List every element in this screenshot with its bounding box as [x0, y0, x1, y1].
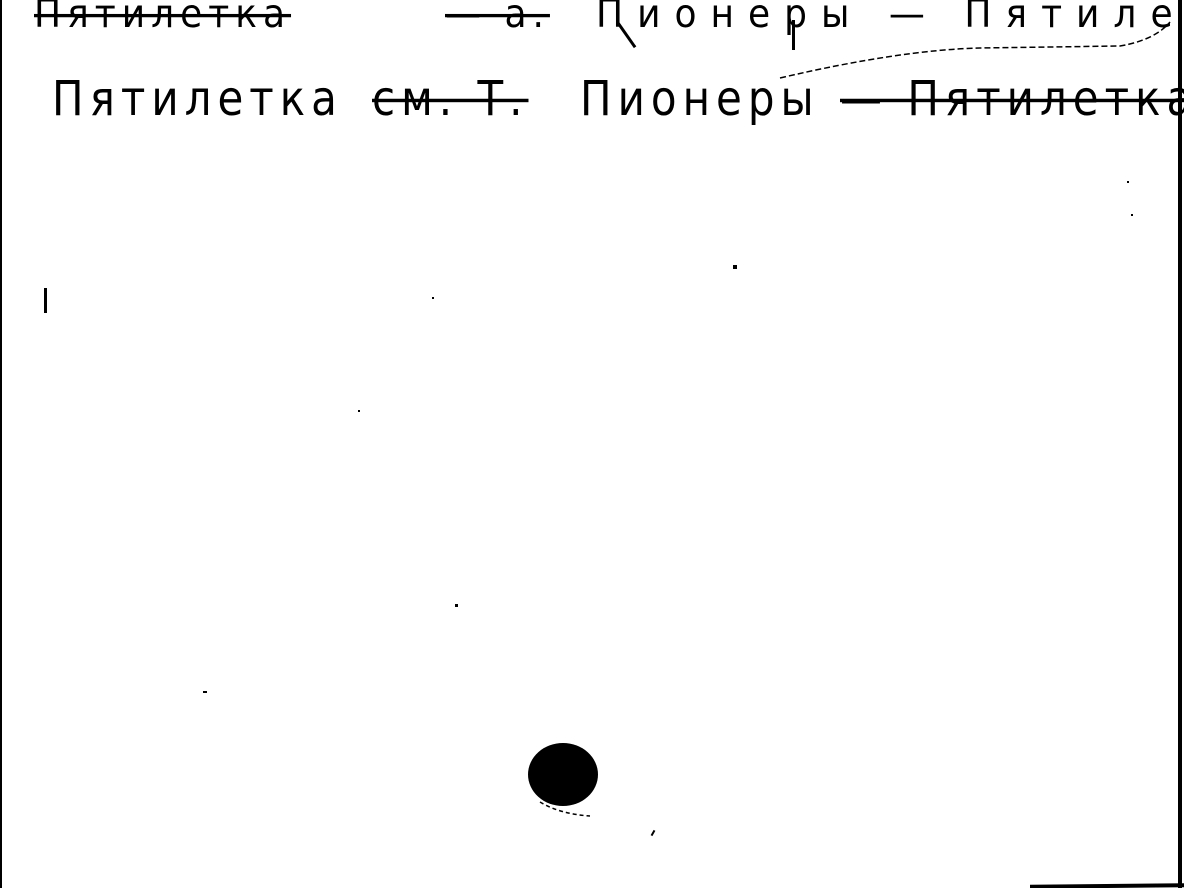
- line1-word-1: Пятилетка: [34, 0, 291, 37]
- card-bottom-edge: [1030, 883, 1184, 888]
- speck: [358, 410, 360, 412]
- stroke-mark: [792, 20, 795, 50]
- margin-mark: [44, 288, 47, 313]
- speck: [1127, 181, 1129, 183]
- card-right-edge: [1178, 0, 1182, 888]
- speck: [203, 691, 207, 693]
- speck: [1131, 214, 1133, 216]
- speck: [432, 297, 434, 299]
- index-card: Пятилетка — а. Пионеры — Пятилетка Пятил…: [0, 0, 1184, 888]
- speck: [455, 604, 458, 607]
- line2-see-reference: см. Т.: [372, 70, 528, 126]
- line2-word-pyatiletka: Пятилетка: [52, 70, 343, 126]
- card-left-edge: [0, 0, 2, 888]
- line1-word-2: — а.: [445, 0, 550, 37]
- speck: [733, 265, 737, 269]
- hole-icon: [528, 743, 598, 806]
- line2-word-pionery: Пионеры: [580, 70, 820, 126]
- speck: [651, 830, 656, 836]
- hole-shadow: [535, 800, 595, 820]
- line2-word-pyatiletka-struck: — Пятилетка,: [840, 70, 1184, 126]
